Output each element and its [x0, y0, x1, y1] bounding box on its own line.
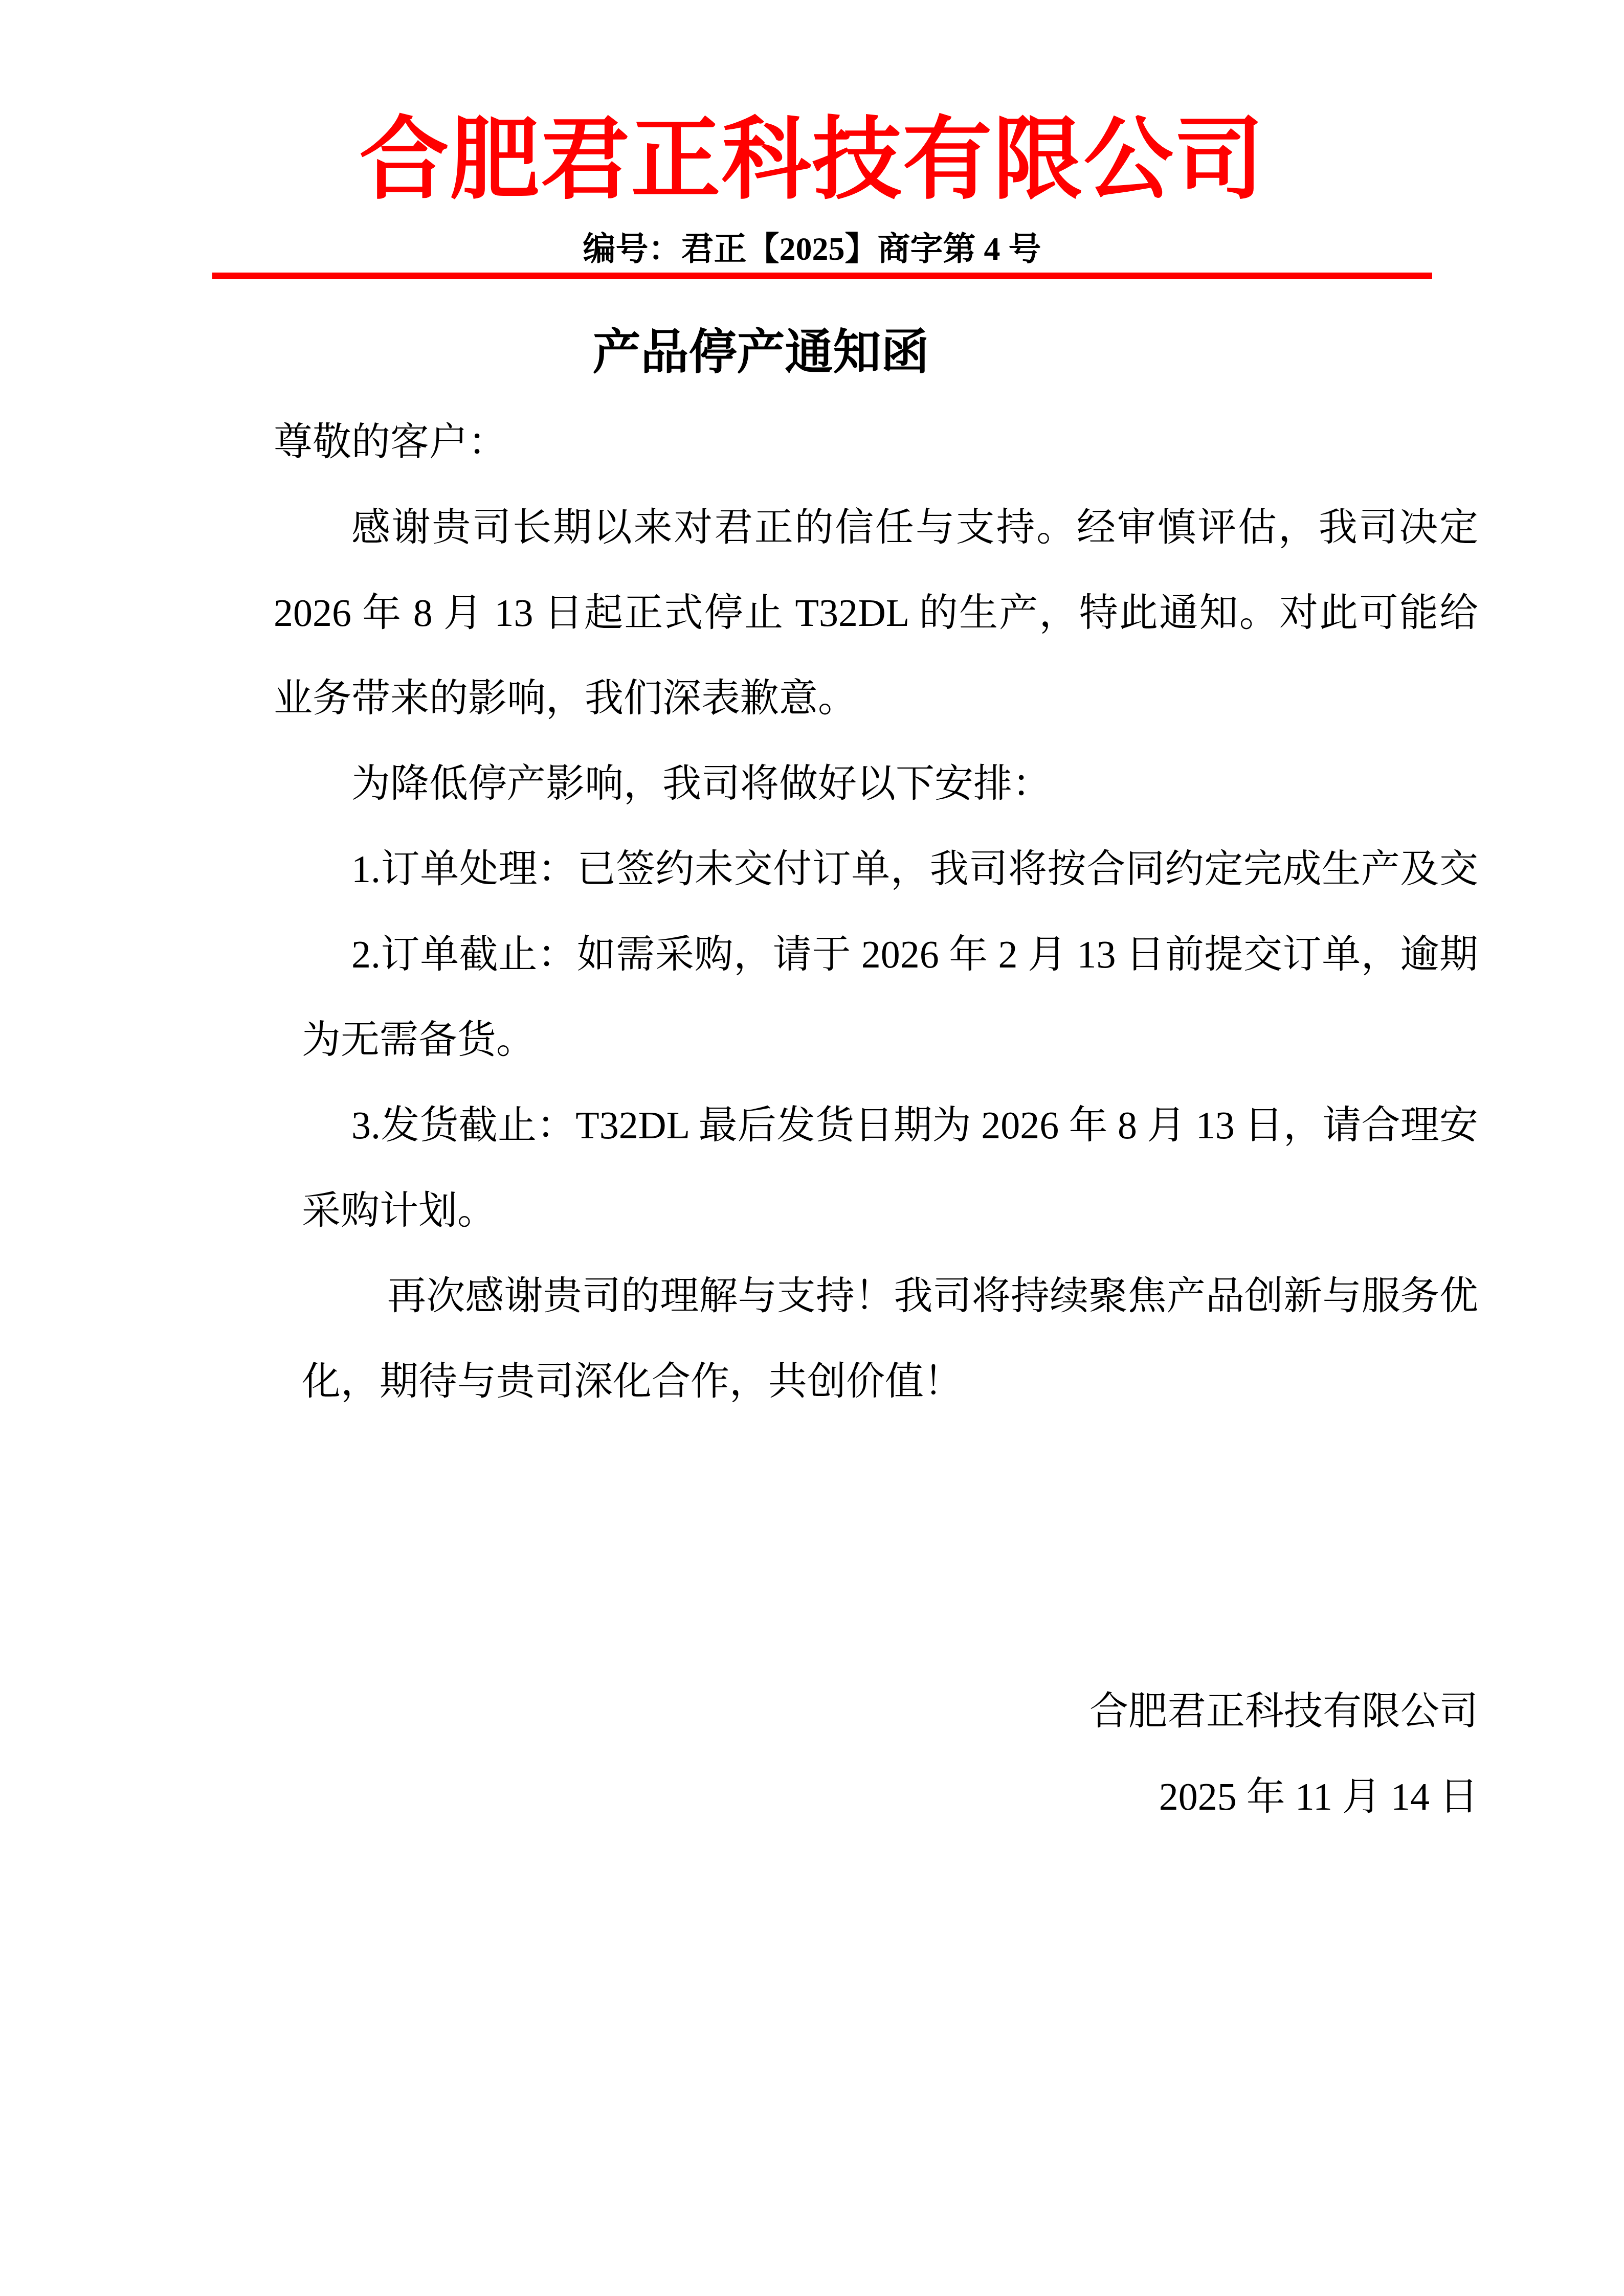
list-item-3-cont: 采购计划。 [274, 1168, 1478, 1254]
letterhead-divider-rule [212, 273, 1432, 279]
list-item-3: 3.发货截止：T32DL 最后发货日期为 2026 年 8 月 13 日，请合理… [274, 1083, 1478, 1168]
closing-line-cont: 化，期待与贵司深化合作，共创价值！ [274, 1339, 1478, 1425]
doc-reference-number: 编号：君正【2025】商字第 4 号 [0, 233, 1624, 265]
signature-date: 2025 年 11 月 14 日 [0, 1754, 1478, 1840]
closing-line: 再次感谢贵司的理解与支持！我司将持续聚焦产品创新与服务优 [274, 1254, 1478, 1339]
list-item-2: 2.订单截止：如需采购，请于 2026 年 2 月 13 日前提交订单，逾期视 [274, 912, 1478, 998]
company-letterhead: 合肥君正科技有限公司 [0, 115, 1624, 205]
signature-company: 合肥君正科技有限公司 [0, 1669, 1478, 1754]
doc-title: 产品停产通知函 [0, 329, 1573, 377]
body-line: 业务带来的影响，我们深表歉意。 [274, 656, 1478, 741]
signature-block: 合肥君正科技有限公司 2025 年 11 月 14 日 [0, 1669, 1624, 1840]
body-line: 为降低停产影响，我司将做好以下安排： [274, 741, 1478, 827]
list-item-1: 1.订单处理：已签约未交付订单，我司将按合同约定完成生产及交付。 [274, 827, 1478, 912]
body-line: 感谢贵司长期以来对君正的信任与支持。经审慎评估，我司决定于 [274, 485, 1478, 571]
list-item-2-cont: 为无需备货。 [274, 998, 1478, 1083]
letter-body: 尊敬的客户： 感谢贵司长期以来对君正的信任与支持。经审慎评估，我司决定于 202… [274, 400, 1478, 1425]
salutation-line: 尊敬的客户： [274, 400, 1478, 485]
body-line: 2026 年 8 月 13 日起正式停止 T32DL 的生产，特此通知。对此可能… [274, 571, 1478, 656]
letter-page: { "page": { "background": "#ffffff", "ac… [0, 0, 1624, 2296]
